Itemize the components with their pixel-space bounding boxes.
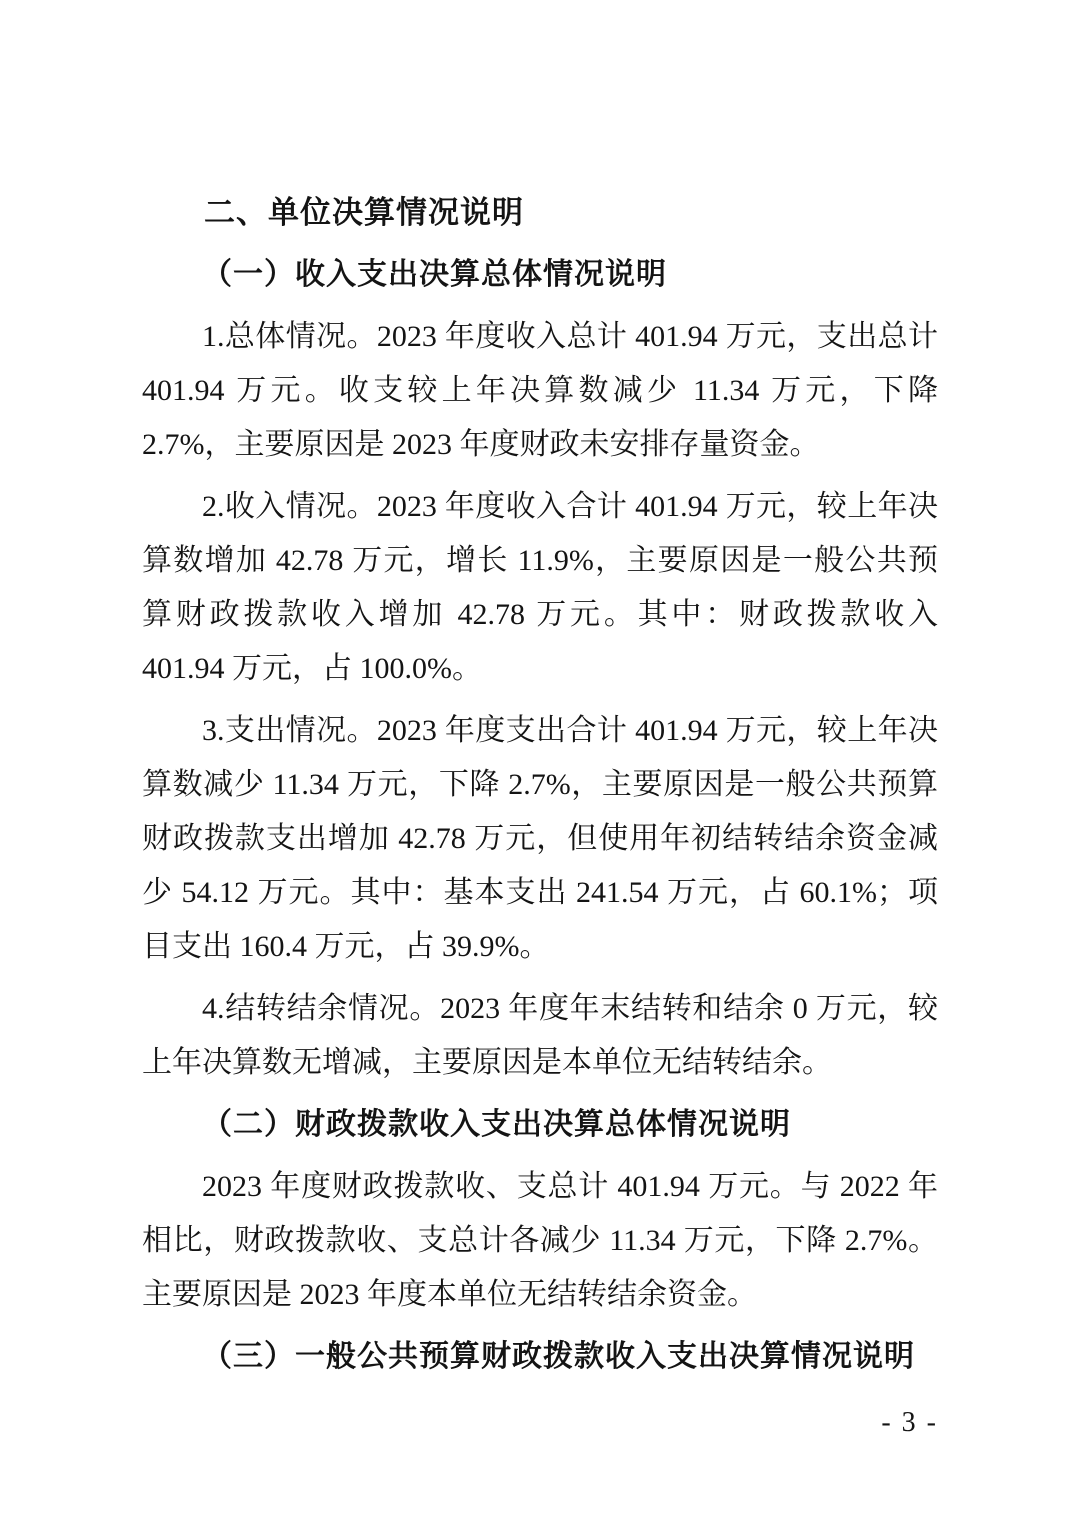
paragraph-carryover-balance-situation: 4.结转结余情况。2023 年度年末结转和结余 0 万元，较上年决算数无增减，主… xyxy=(142,982,938,1090)
section-heading-unit-final-accounts: 二、单位决算情况说明 xyxy=(142,186,938,240)
page-number: - 3 - xyxy=(142,1406,938,1440)
paragraph-expenditure-situation: 3.支出情况。2023 年度支出合计 401.94 万元，较上年决算数减少 11… xyxy=(142,704,938,974)
document-page: 二、单位决算情况说明 （一）收入支出决算总体情况说明 1.总体情况。2023 年… xyxy=(0,0,1075,1520)
paragraph-income-situation: 2.收入情况。2023 年度收入合计 401.94 万元，较上年决算数增加 42… xyxy=(142,480,938,696)
paragraph-fiscal-appropriation-totals: 2023 年度财政拨款收、支总计 401.94 万元。与 2022 年相比，财政… xyxy=(142,1160,938,1322)
paragraph-overall-situation: 1.总体情况。2023 年度收入总计 401.94 万元，支出总计 401.94… xyxy=(142,310,938,472)
document-body: 二、单位决算情况说明 （一）收入支出决算总体情况说明 1.总体情况。2023 年… xyxy=(142,186,938,1392)
subsection-heading-general-public-budget: （三）一般公共预算财政拨款收入支出决算情况说明 xyxy=(142,1330,938,1384)
subsection-heading-fiscal-appropriation-overview: （二）财政拨款收入支出决算总体情况说明 xyxy=(142,1098,938,1152)
subsection-heading-income-expenditure-overview: （一）收入支出决算总体情况说明 xyxy=(142,248,938,302)
